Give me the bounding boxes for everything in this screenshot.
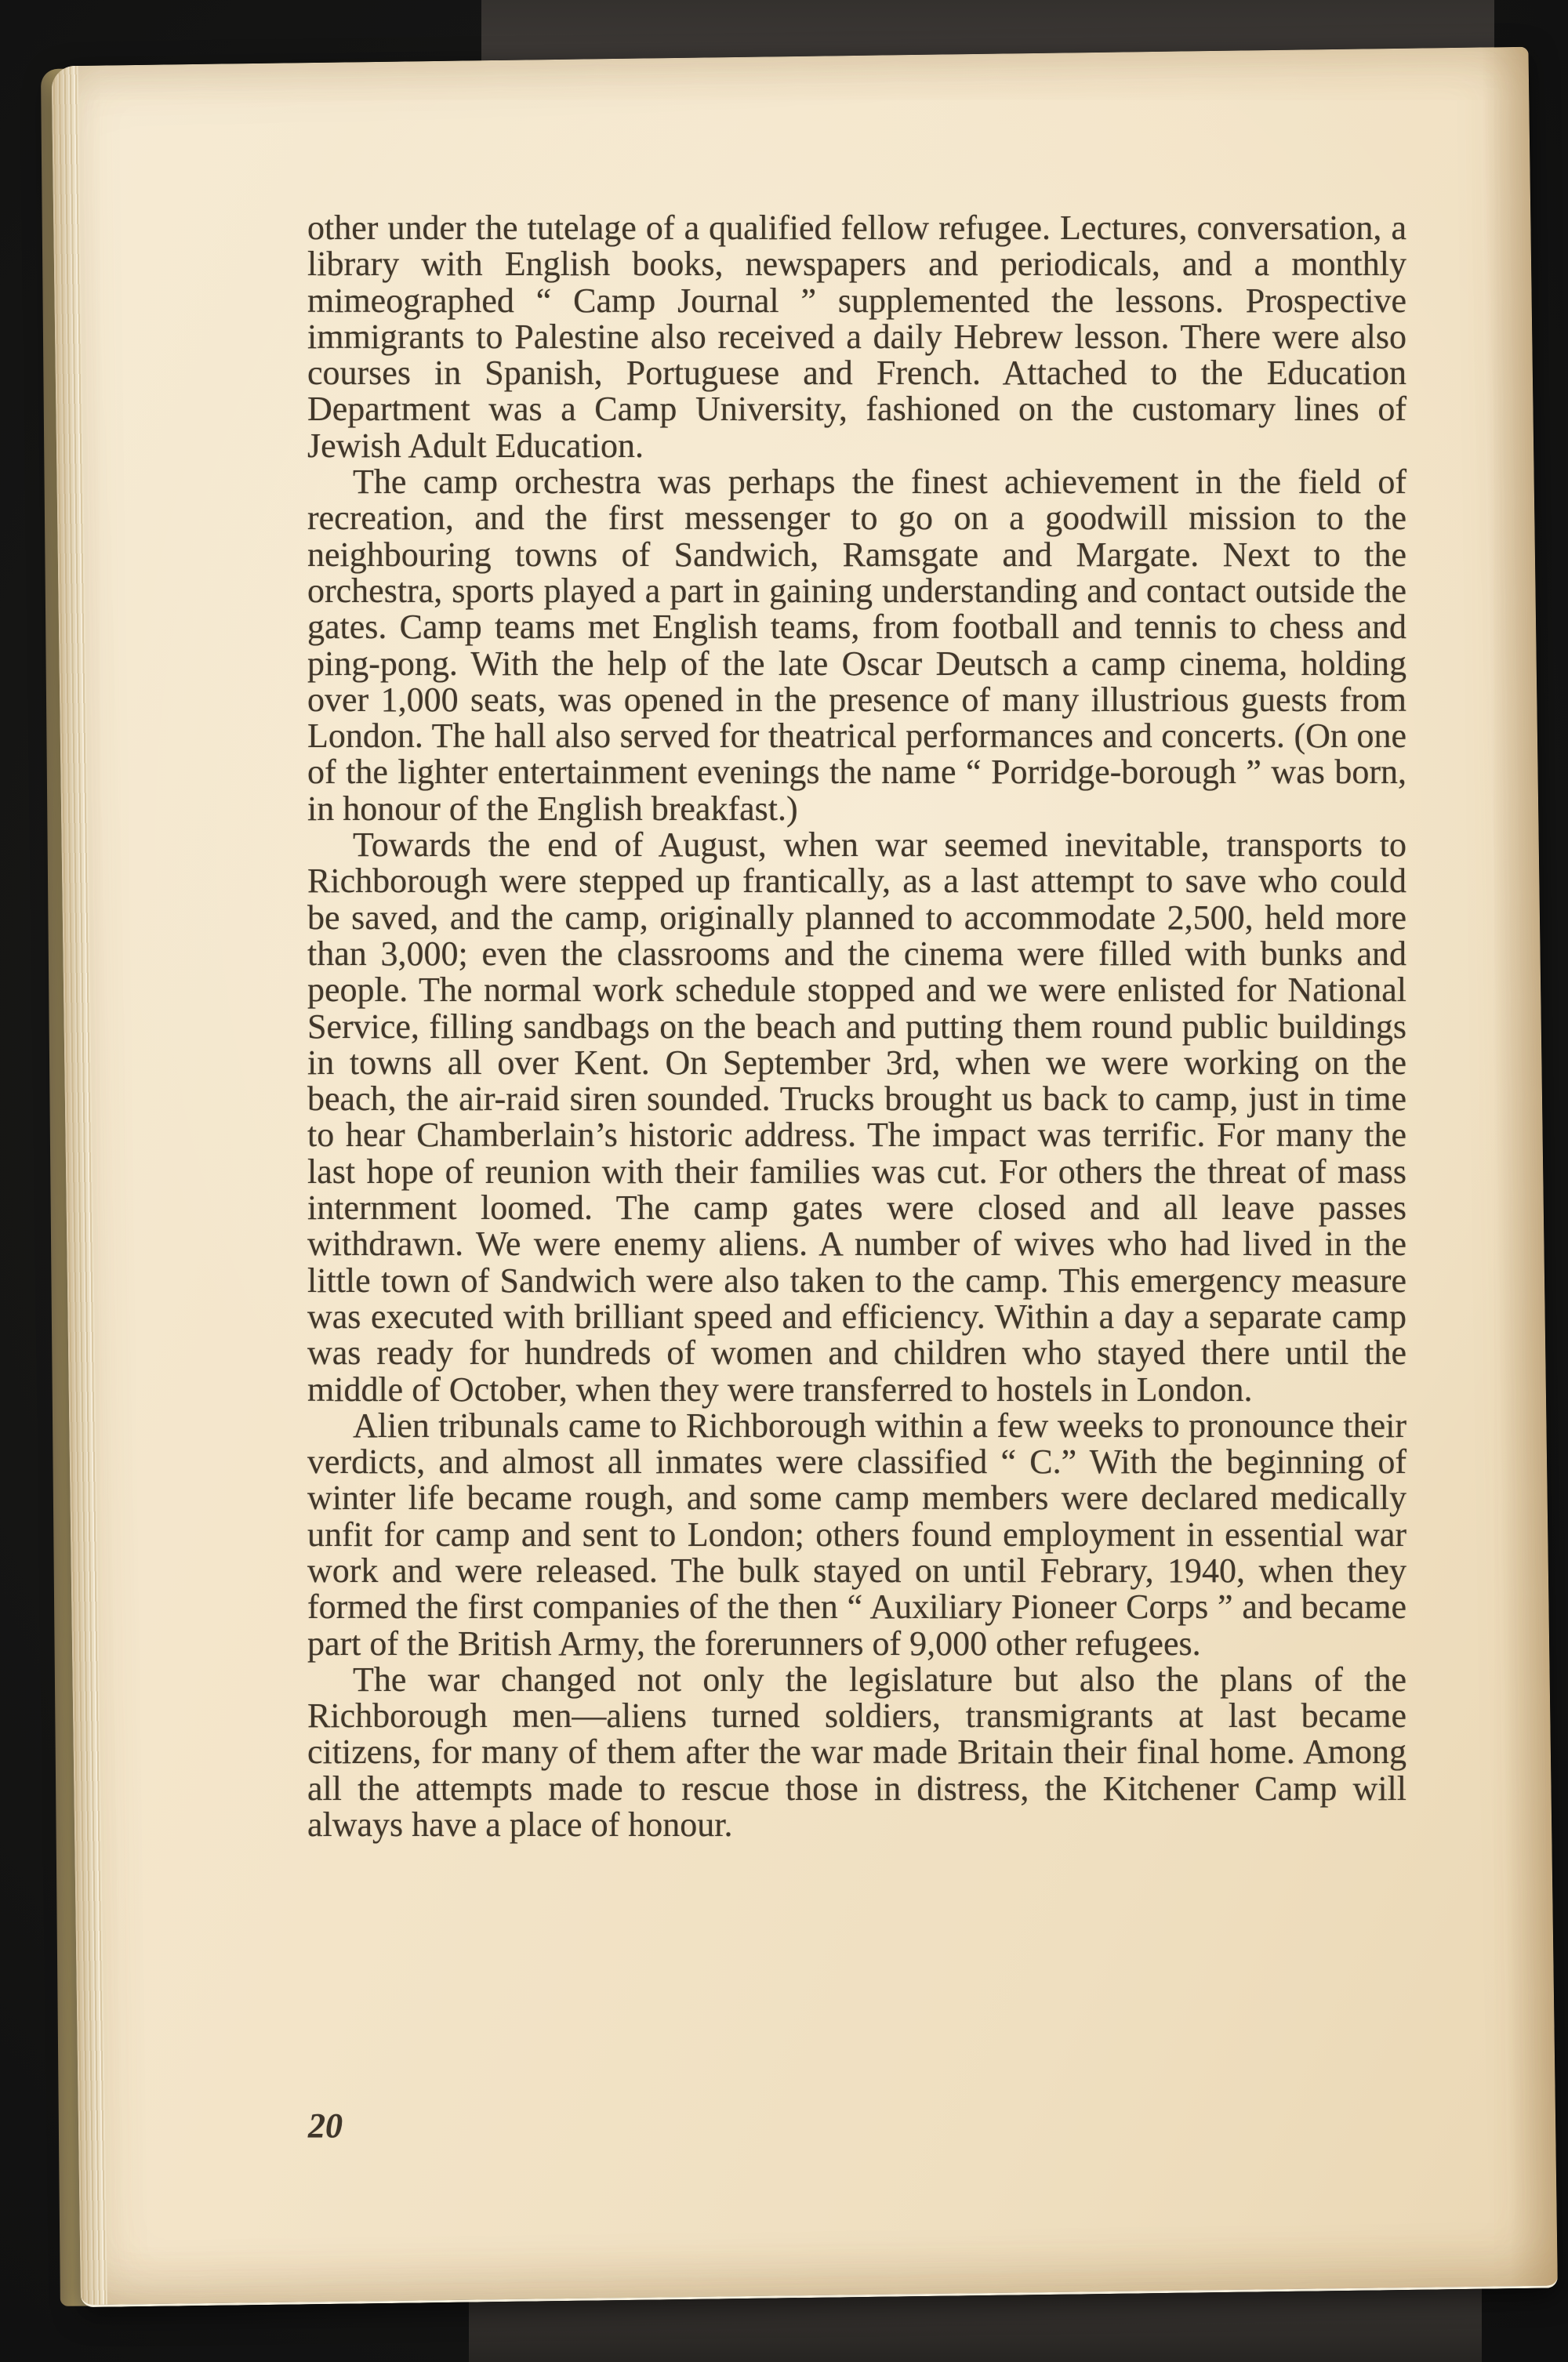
paragraph: The camp orchestra was perhaps the fines… [307,464,1406,827]
page-text-block: other under the tutelage of a qualified … [307,210,1406,1843]
paragraph: The war changed not only the legislature… [307,1662,1406,1843]
paragraph: Alien tribunals came to Richborough with… [307,1408,1406,1662]
paragraph: other under the tutelage of a qualified … [307,210,1406,464]
paragraph: Towards the end of August, when war seem… [307,827,1406,1408]
photographed-book-scene: other under the tutelage of a qualified … [0,0,1568,2362]
page-number: 20 [308,2106,343,2146]
